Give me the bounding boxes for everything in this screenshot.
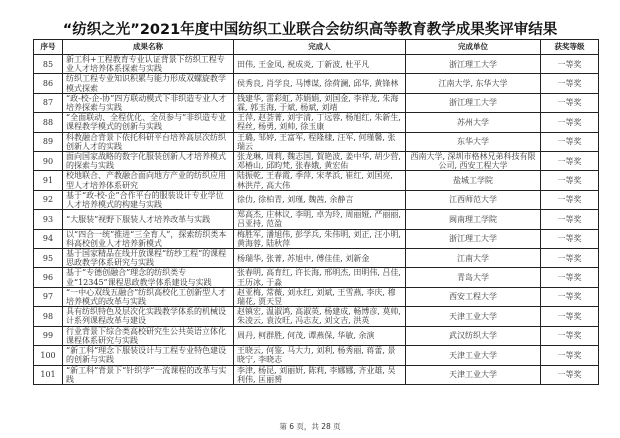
cell-award: 一等奖 bbox=[541, 74, 599, 93]
cell-persons: 田伟, 王金凤, 祝成炎, 丁新波, 杜平凡 bbox=[234, 55, 406, 74]
cell-persons: 周丹, 柯群胜, 何茂, 谭燕保, 华敏, 余演 bbox=[234, 326, 406, 345]
cell-award: 一等奖 bbox=[541, 346, 599, 365]
header-name: 成果名称 bbox=[63, 40, 234, 55]
cell-name: “一中心双线五融合”纺织高校化工创新型人才培养模式的改革与实践 bbox=[63, 287, 234, 306]
cell-persons: 王晓云, 何鉴, 马大力, 刘利, 杨秀丽, 蒋蕾, 景晓宁, 李晓志 bbox=[234, 346, 406, 365]
cell-seq: 98 bbox=[34, 307, 63, 326]
cell-award: 一等奖 bbox=[541, 249, 599, 268]
table-row: 88“全面联动、全程优化、全员参与”非织造专业课程教学模式的创新与实践王萍, 赵… bbox=[34, 113, 599, 132]
cell-award: 一等奖 bbox=[541, 55, 599, 74]
cell-persons: 郑高杰, 庄林议, 李明, 卓为玲, 周丽娅, 严丽丽, 吕亚持, 范盈 bbox=[234, 210, 406, 229]
cell-seq: 86 bbox=[34, 74, 63, 93]
cell-award: 一等奖 bbox=[541, 132, 599, 151]
cell-award: 一等奖 bbox=[541, 113, 599, 132]
cell-award: 一等奖 bbox=[541, 93, 599, 112]
cell-unit: 西南大学, 深圳市格林兄弟科技有限公司, 西安工程大学 bbox=[406, 152, 541, 171]
cell-unit: 青岛大学 bbox=[406, 268, 541, 287]
cell-seq: 99 bbox=[34, 326, 63, 345]
cell-unit: 苏州大学 bbox=[406, 113, 541, 132]
cell-award: 一等奖 bbox=[541, 307, 599, 326]
cell-name: “大服装”视野下服装人才培养改革与实践 bbox=[63, 210, 234, 229]
cell-seq: 91 bbox=[34, 171, 63, 190]
cell-persons: 赵镇宏, 温淑鸿, 高淑英, 杨建成, 畅博彦, 莫帅, 朱凌云, 袁汝旺, 冯… bbox=[234, 307, 406, 326]
table-row: 91校地联合、产教融合面向地方产业的纺织应用型人才培养体系研究陆振乾, 王春霞,… bbox=[34, 171, 599, 190]
cell-name: 科教融合背景下依托科研平台培养高层次纺织创新人才的实践 bbox=[63, 132, 234, 151]
table-row: 97“一中心双线五融合”纺织高校化工创新型人才培养模式的改革与实践赵亚梅, 常薇… bbox=[34, 287, 599, 306]
cell-award: 一等奖 bbox=[541, 152, 599, 171]
cell-unit: 天津工业大学 bbox=[406, 346, 541, 365]
table-row: 85新工科+工程教育专业认证背景下纺织工程专业人才培养体系探索与实践田伟, 王金… bbox=[34, 55, 599, 74]
header-seq: 序号 bbox=[34, 40, 63, 55]
table-row: 89科教融合背景下依托科研平台培养高层次纺织创新人才的实践王璐, 邹婷, 王富军… bbox=[34, 132, 599, 151]
cell-seq: 94 bbox=[34, 229, 63, 248]
cell-name: 面向国家战略的数字化服装创新人才培养模式的探索与实践 bbox=[63, 152, 234, 171]
cell-persons: 徐仂, 徐柏青, 刘瑾, 魏茜, 余静言 bbox=[234, 190, 406, 209]
cell-name: 校地联合、产教融合面向地方产业的纺织应用型人才培养体系研究 bbox=[63, 171, 234, 190]
table-row: 98具有纺织特色及层次化实践教学体系的机械设计系列课程改革与建设赵镇宏, 温淑鸿… bbox=[34, 307, 599, 326]
cell-seq: 92 bbox=[34, 190, 63, 209]
cell-persons: 张春明, 高育红, 许长海, 邢明杰, 田明伟, 吕佳, 王历冰, 于淼 bbox=[234, 268, 406, 287]
cell-name: 基于“专德创融合”理念的纺织类专业“12345”课程思政教学体系建设与实践 bbox=[63, 268, 234, 287]
cell-award: 一等奖 bbox=[541, 171, 599, 190]
cell-persons: 赵亚梅, 常薇, 刘永红, 刘斌, 王雪燕, 李庆, 穆瑞花, 贾天昱 bbox=[234, 287, 406, 306]
cell-seq: 97 bbox=[34, 287, 63, 306]
cell-name: 新工科+工程教育专业认证背景下纺织工程专业人才培养体系探索与实践 bbox=[63, 55, 234, 74]
header-persons: 完成人 bbox=[234, 40, 406, 55]
table-row: 87“政-校-企-协”四方联动模式下非织造专业人才培养探索与实践钱建华, 雷彩虹… bbox=[34, 93, 599, 112]
cell-persons: 钱建华, 雷彩虹, 苏娟娟, 刘国金, 李祥龙, 朱海霖, 郭玉海, 于斌, 杨… bbox=[234, 93, 406, 112]
cell-name: “政-校-企-协”四方联动模式下非织造专业人才培养探索与实践 bbox=[63, 93, 234, 112]
cell-unit: 武汉纺织大学 bbox=[406, 326, 541, 345]
cell-unit: 浙江理工大学 bbox=[406, 229, 541, 248]
cell-unit: 江南大学 bbox=[406, 249, 541, 268]
cell-persons: 张龙琳, 周莉, 魏志国, 賀艳波, 姜中华, 胡少营, 邓椿山, 邱昀梵, 张… bbox=[234, 152, 406, 171]
cell-unit: 闽南理工学院 bbox=[406, 210, 541, 229]
table-row: 93“大服装”视野下服装人才培养改革与实践郑高杰, 庄林议, 李明, 卓为玲, … bbox=[34, 210, 599, 229]
cell-unit: 天津工业大学 bbox=[406, 307, 541, 326]
cell-name: 具有纺织特色及层次化实践教学体系的机械设计系列课程改革与建设 bbox=[63, 307, 234, 326]
cell-persons: 陆振乾, 王春霞, 季萍, 宋孝浜, 崔红, 刘国亮, 林洪芹, 高大伟 bbox=[234, 171, 406, 190]
cell-name: “新工科”背景下“针织学”一流课程的改革与实践 bbox=[63, 365, 234, 384]
cell-unit: 浙江理工大学 bbox=[406, 93, 541, 112]
cell-seq: 96 bbox=[34, 268, 63, 287]
cell-award: 一等奖 bbox=[541, 190, 599, 209]
cell-persons: 杨瑞华, 张菁, 苏旭中, 傅佳佳, 刘新金 bbox=[234, 249, 406, 268]
cell-award: 一等奖 bbox=[541, 326, 599, 345]
table-row: 92基于“政-校-企”合作平台的服装设计专业学位人才培养模式的构建与实践徐仂, … bbox=[34, 190, 599, 209]
cell-unit: 西安工程大学 bbox=[406, 287, 541, 306]
cell-seq: 101 bbox=[34, 365, 63, 384]
cell-seq: 89 bbox=[34, 132, 63, 151]
table-row: 99行业背景下综合类高校研究生公共英语立体化课程体系研究与实践周丹, 柯群胜, … bbox=[34, 326, 599, 345]
page-footer: 第 6 页，共 28 页 bbox=[0, 421, 620, 432]
cell-persons: 李津, 杨昆, 刘丽妍, 陈莉, 李娜娜, 齐业雄, 吴利伟, 匡丽赟 bbox=[234, 365, 406, 384]
cell-seq: 100 bbox=[34, 346, 63, 365]
table-row: 95基于国家精品在线开放课程“纺纱工程”的课程思政教学体系研究与实践杨瑞华, 张… bbox=[34, 249, 599, 268]
cell-name: “新工科”理念下服装设计与工程专业特色建设的创新与实践 bbox=[63, 346, 234, 365]
cell-seq: 93 bbox=[34, 210, 63, 229]
cell-award: 一等奖 bbox=[541, 365, 599, 384]
cell-seq: 95 bbox=[34, 249, 63, 268]
cell-award: 一等奖 bbox=[541, 210, 599, 229]
cell-persons: 王璐, 邹婷, 王富军, 程隆棣, 汪军, 何瑾馨, 张瑞云 bbox=[234, 132, 406, 151]
table-row: 90面向国家战略的数字化服装创新人才培养模式的探索与实践张龙琳, 周莉, 魏志国… bbox=[34, 152, 599, 171]
cell-award: 一等奖 bbox=[541, 229, 599, 248]
cell-seq: 87 bbox=[34, 93, 63, 112]
table-header-row: 序号 成果名称 完成人 完成单位 获奖等级 bbox=[34, 40, 599, 55]
table-row: 96基于“专德创融合”理念的纺织类专业“12345”课程思政教学体系建设与实践张… bbox=[34, 268, 599, 287]
header-award: 获奖等级 bbox=[541, 40, 599, 55]
cell-persons: 侯秀良, 肖学良, 马博谋, 徐荷澜, 邱华, 黄锋林 bbox=[234, 74, 406, 93]
cell-unit: 盐城工学院 bbox=[406, 171, 541, 190]
cell-name: 以“四合一统”推进“三全育人”，探索纺织类本科高校创业人才培养新模式 bbox=[63, 229, 234, 248]
cell-persons: 王萍, 赵荟菁, 刘宇清, 丁远蓉, 杨旭红, 朱新生, 程丝, 杨勇, 刘帅,… bbox=[234, 113, 406, 132]
cell-name: 行业背景下综合类高校研究生公共英语立体化课程体系研究与实践 bbox=[63, 326, 234, 345]
cell-unit: 天津工业大学 bbox=[406, 365, 541, 384]
table-row: 100“新工科”理念下服装设计与工程专业特色建设的创新与实践王晓云, 何鉴, 马… bbox=[34, 346, 599, 365]
cell-persons: 梅胜军, 潘旭伟, 彭学兵, 朱伟明, 刘正, 汪小明, 黄海蓉, 陆秋萍 bbox=[234, 229, 406, 248]
cell-unit: 浙江理工大学 bbox=[406, 55, 541, 74]
table-row: 86纺织工程专业知识积累与能力形成双螺旋教学模式探索侯秀良, 肖学良, 马博谋,… bbox=[34, 74, 599, 93]
table-row: 94以“四合一统”推进“三全育人”，探索纺织类本科高校创业人才培养新模式梅胜军,… bbox=[34, 229, 599, 248]
header-unit: 完成单位 bbox=[406, 40, 541, 55]
cell-award: 一等奖 bbox=[541, 268, 599, 287]
cell-seq: 90 bbox=[34, 152, 63, 171]
cell-name: 纺织工程专业知识积累与能力形成双螺旋教学模式探索 bbox=[63, 74, 234, 93]
cell-seq: 85 bbox=[34, 55, 63, 74]
table-row: 101“新工科”背景下“针织学”一流课程的改革与实践李津, 杨昆, 刘丽妍, 陈… bbox=[34, 365, 599, 384]
document-title: “纺织之光”2021年度中国纺织工业联合会纺织高等教育教学成果奖评审结果 bbox=[0, 18, 620, 39]
cell-unit: 东华大学 bbox=[406, 132, 541, 151]
cell-seq: 88 bbox=[34, 113, 63, 132]
results-table: 序号 成果名称 完成人 完成单位 获奖等级 85新工科+工程教育专业认证背景下纺… bbox=[33, 39, 599, 385]
cell-name: 基于“政-校-企”合作平台的服装设计专业学位人才培养模式的构建与实践 bbox=[63, 190, 234, 209]
cell-award: 一等奖 bbox=[541, 287, 599, 306]
cell-unit: 江南大学, 东华大学 bbox=[406, 74, 541, 93]
cell-unit: 江西师范大学 bbox=[406, 190, 541, 209]
cell-name: “全面联动、全程优化、全员参与”非织造专业课程教学模式的创新与实践 bbox=[63, 113, 234, 132]
cell-name: 基于国家精品在线开放课程“纺纱工程”的课程思政教学体系研究与实践 bbox=[63, 249, 234, 268]
